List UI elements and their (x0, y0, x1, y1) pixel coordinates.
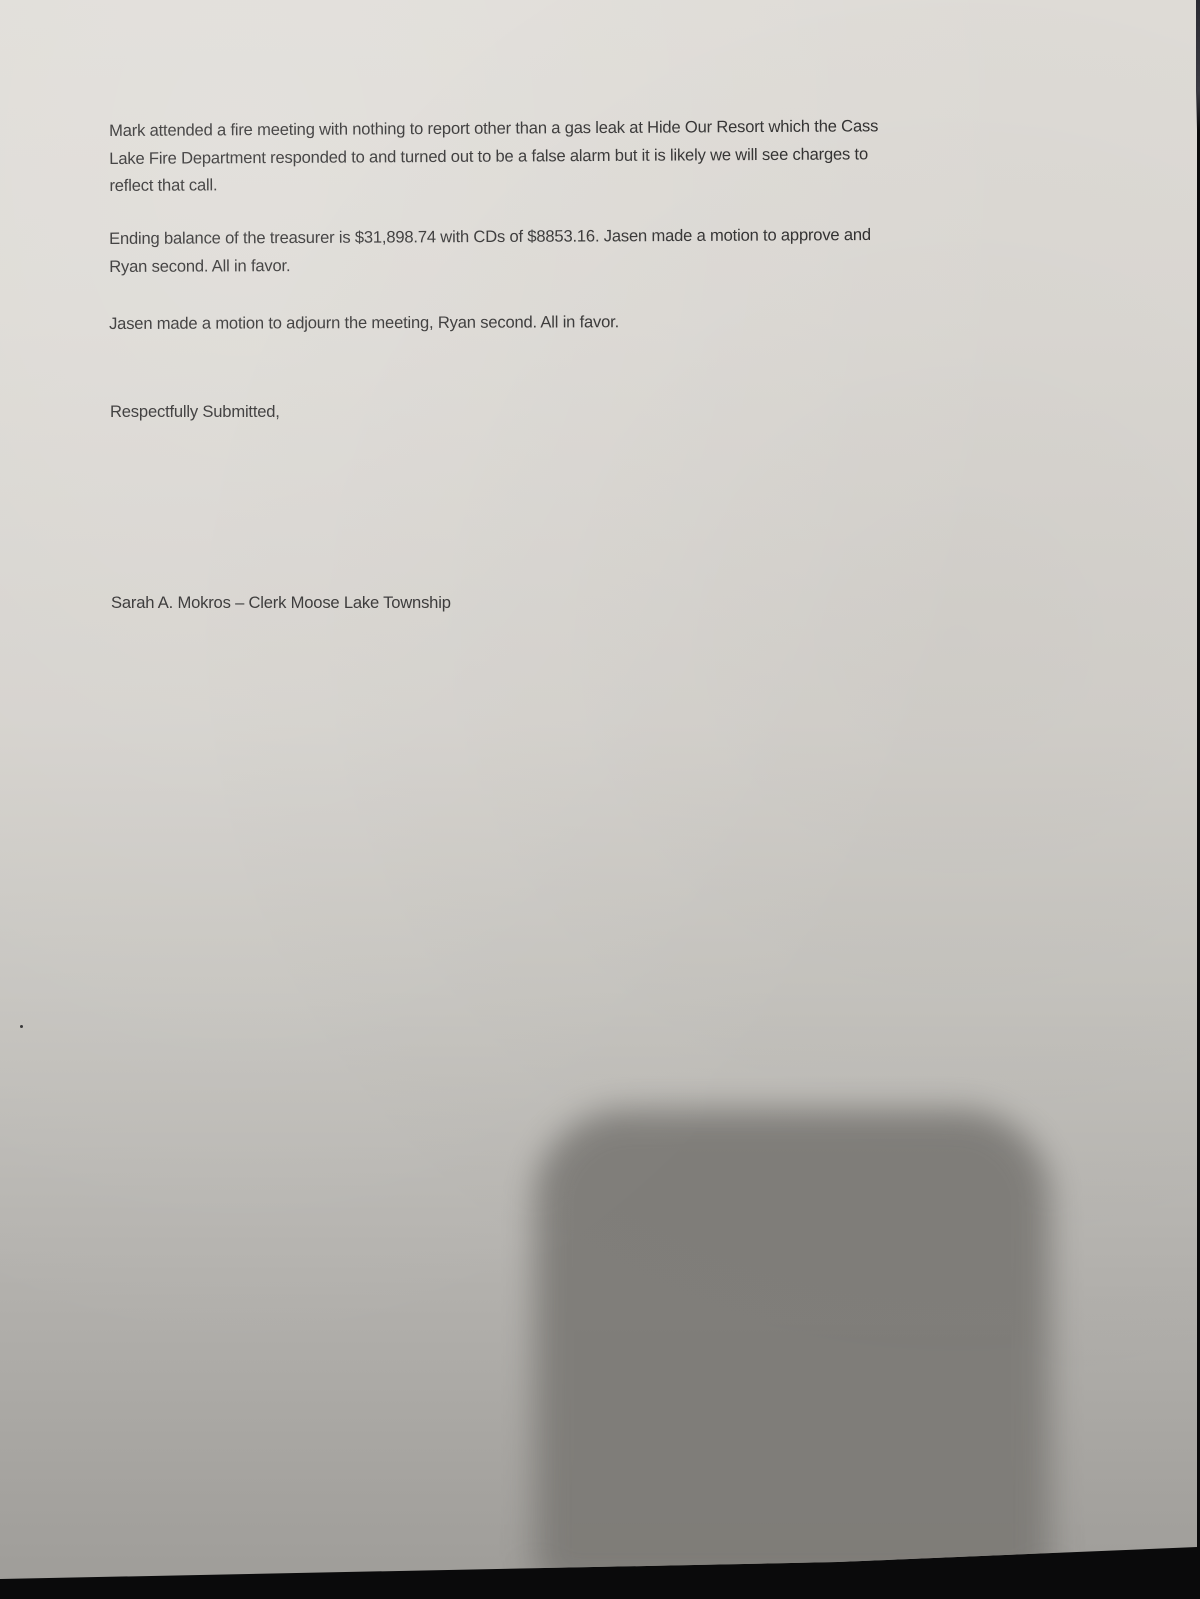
text-line: Jasen made a motion to adjourn the meeti… (109, 307, 909, 337)
signature-line: Sarah A. Mokros – Clerk Moose Lake Towns… (111, 592, 451, 614)
paper-right-edge (1196, 0, 1200, 130)
paragraph-treasurer-balance: Ending balance of the treasurer is $31,8… (109, 220, 1029, 280)
paragraph-fire-meeting: Mark attended a fire meeting with nothin… (109, 111, 1049, 199)
photo-scene: Mark attended a fire meeting with nothin… (0, 0, 1200, 1599)
paper-speck (20, 1025, 23, 1028)
phone-shadow (535, 1110, 1050, 1590)
paragraph-adjourn: Jasen made a motion to adjourn the meeti… (109, 307, 909, 337)
closing-line: Respectfully Submitted, (110, 401, 280, 423)
paper-sheet: Mark attended a fire meeting with nothin… (0, 0, 1197, 1599)
text-line: reflect that call. (109, 166, 1049, 199)
text-line: Ryan second. All in favor. (109, 248, 1029, 280)
